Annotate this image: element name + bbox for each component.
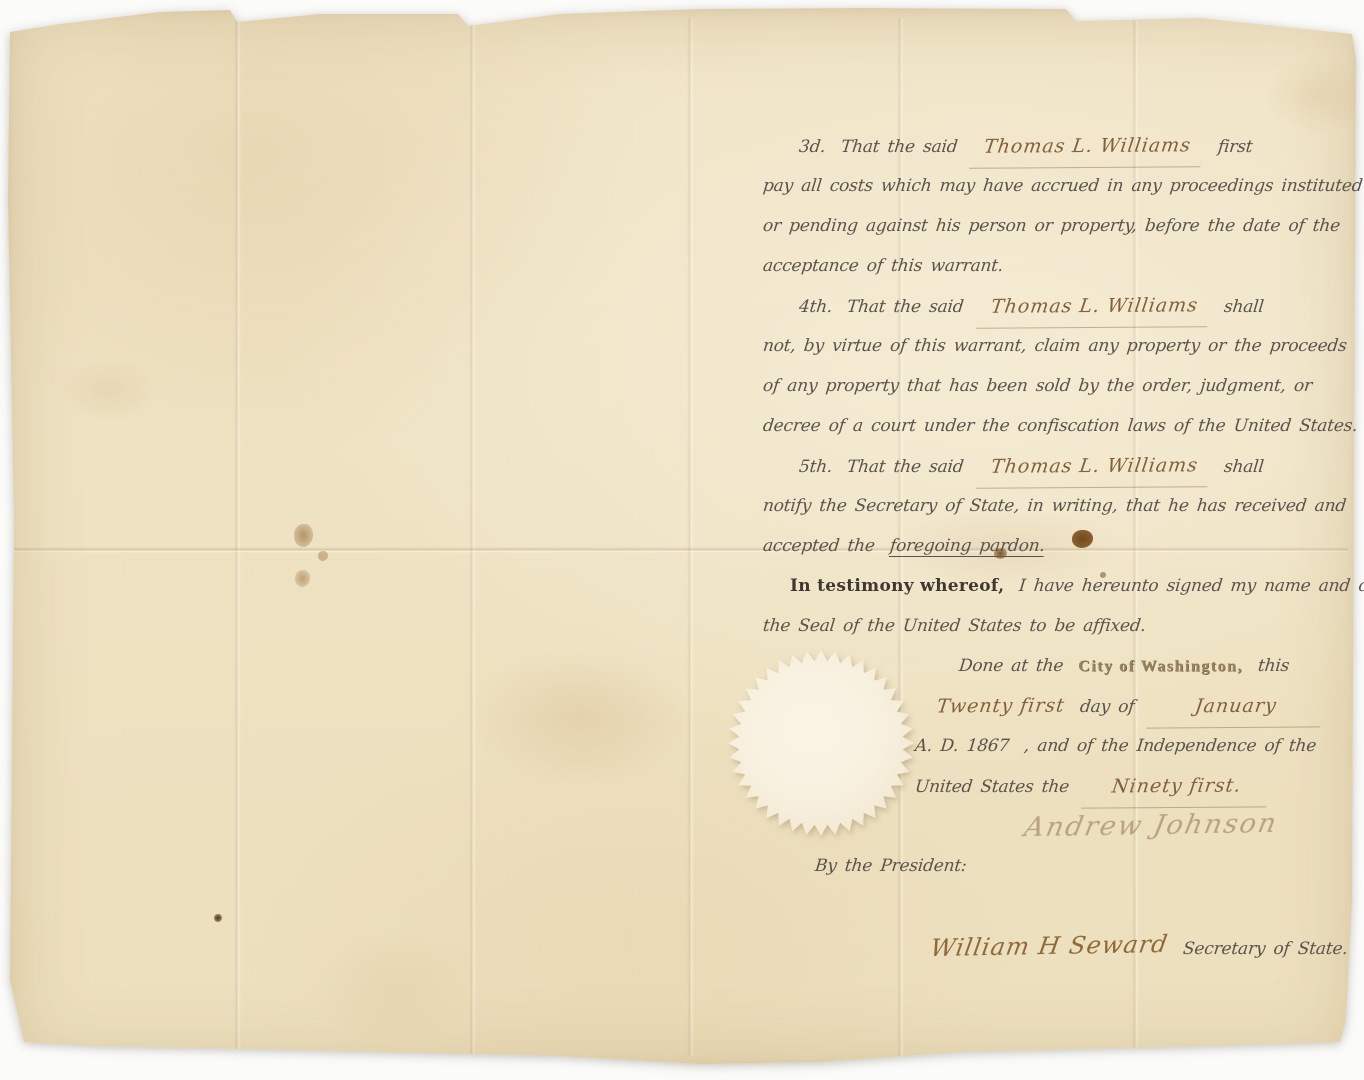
pardonee-name: Thomas L. Williams <box>969 125 1206 169</box>
text-segment-engraved: decree of a court under the confiscation… <box>761 406 1360 446</box>
ink-stain <box>294 524 313 547</box>
by-the-president-label: By the President: <box>813 846 969 886</box>
independence-year: Ninety first. <box>1081 765 1272 808</box>
secretary-signature: William H Seward <box>927 924 1171 968</box>
president-signature: Andrew Johnson <box>1021 804 1282 848</box>
ink-stain <box>214 914 222 922</box>
document-line: 3d.That the saidThomas L. Williamsfirst <box>763 126 1308 166</box>
text-segment-engraved: Done at the <box>957 646 1066 686</box>
pardonee-name: Thomas L. Williams <box>976 445 1213 489</box>
document-line: Andrew Johnson <box>763 806 1308 846</box>
document-line: A. D. 1867, and of the Independence of t… <box>763 726 1308 766</box>
document-line: not, by virtue of this warrant, claim an… <box>763 326 1308 366</box>
text-segment-engraved: shall <box>1222 447 1266 487</box>
text-segment-engraved: the Seal of the United States to be affi… <box>761 606 1148 646</box>
document-line: William H SewardSecretary of State. <box>763 926 1308 966</box>
text-segment-engraved: acceptance of this warrant. <box>761 246 1005 286</box>
ink-stain <box>295 570 310 587</box>
text-segment-engraved: notify the Secretary of State, in writin… <box>761 486 1348 526</box>
ink-stain <box>318 551 328 561</box>
document-line: Done at theCity of Washington,this <box>763 646 1308 686</box>
document-line: the Seal of the United States to be affi… <box>763 606 1308 646</box>
document-line: In testimony whereof,I have hereunto sig… <box>763 566 1308 606</box>
testimony-clause-opening: In testimony whereof, <box>790 566 1004 606</box>
pardonee-name: Thomas L. Williams <box>976 285 1213 329</box>
text-segment-engraved: this <box>1256 646 1291 686</box>
place-name: City of Washington, <box>1078 647 1243 687</box>
text-segment-engraved: accepted the <box>761 526 877 566</box>
document-line: United States theNinety first. <box>763 766 1308 806</box>
foregoing-pardon-phrase: foregoing pardon. <box>888 526 1047 566</box>
text-segment-engraved: not, by virtue of this warrant, claim an… <box>761 326 1349 366</box>
clause-number-4: 4th. <box>797 287 834 327</box>
text-segment-engraved: That the said <box>838 127 959 167</box>
clause-number-5: 5th. <box>797 447 834 487</box>
text-segment-engraved: I have hereunto signed my name and cause… <box>1017 566 1364 606</box>
text-segment-engraved: of any property that has been sold by th… <box>761 366 1314 406</box>
document-line: of any property that has been sold by th… <box>763 366 1308 406</box>
document-line: or pending against his person or propert… <box>763 206 1308 246</box>
document-line: accepted theforegoing pardon. <box>763 526 1308 566</box>
document-text: 3d.That the saidThomas L. Williamsfirstp… <box>763 126 1308 966</box>
text-segment-engraved: pay all costs which may have accrued in … <box>761 166 1364 206</box>
vertical-fold-crease <box>687 18 694 1056</box>
document-line: Twenty firstday ofJanuary <box>763 686 1308 726</box>
document-line: 4th.That the saidThomas L. Williamsshall <box>763 286 1308 326</box>
date-year: A. D. 1867 <box>913 726 1011 766</box>
document-line: acceptance of this warrant. <box>763 246 1308 286</box>
text-segment-engraved: or pending against his person or propert… <box>761 206 1342 246</box>
vertical-fold-crease <box>469 18 476 1056</box>
text-segment-engraved: shall <box>1222 287 1266 327</box>
text-segment-engraved: United States the <box>913 767 1071 807</box>
vertical-fold-crease <box>234 18 241 1056</box>
document-line: By the President: <box>763 846 1308 886</box>
text-segment-engraved: day of <box>1078 687 1137 727</box>
date-day: Twenty first <box>934 686 1067 727</box>
document-line: pay all costs which may have accrued in … <box>763 166 1308 206</box>
clause-number-3: 3d. <box>797 127 828 167</box>
document-line: notify the Secretary of State, in writin… <box>763 486 1308 526</box>
document-line: 5th.That the saidThomas L. Williamsshall <box>763 446 1308 486</box>
document-line: decree of a court under the confiscation… <box>763 406 1308 446</box>
date-month: January <box>1146 685 1325 728</box>
secretary-title: Secretary of State. <box>1180 929 1349 969</box>
text-segment-engraved: That the said <box>845 287 966 327</box>
text-segment-engraved: That the said <box>845 447 966 487</box>
text-segment-engraved: first <box>1216 127 1255 167</box>
photo-background: 3d.That the saidThomas L. Williamsfirstp… <box>0 0 1364 1080</box>
text-segment-engraved: , and of the Independence of the <box>1022 726 1318 766</box>
